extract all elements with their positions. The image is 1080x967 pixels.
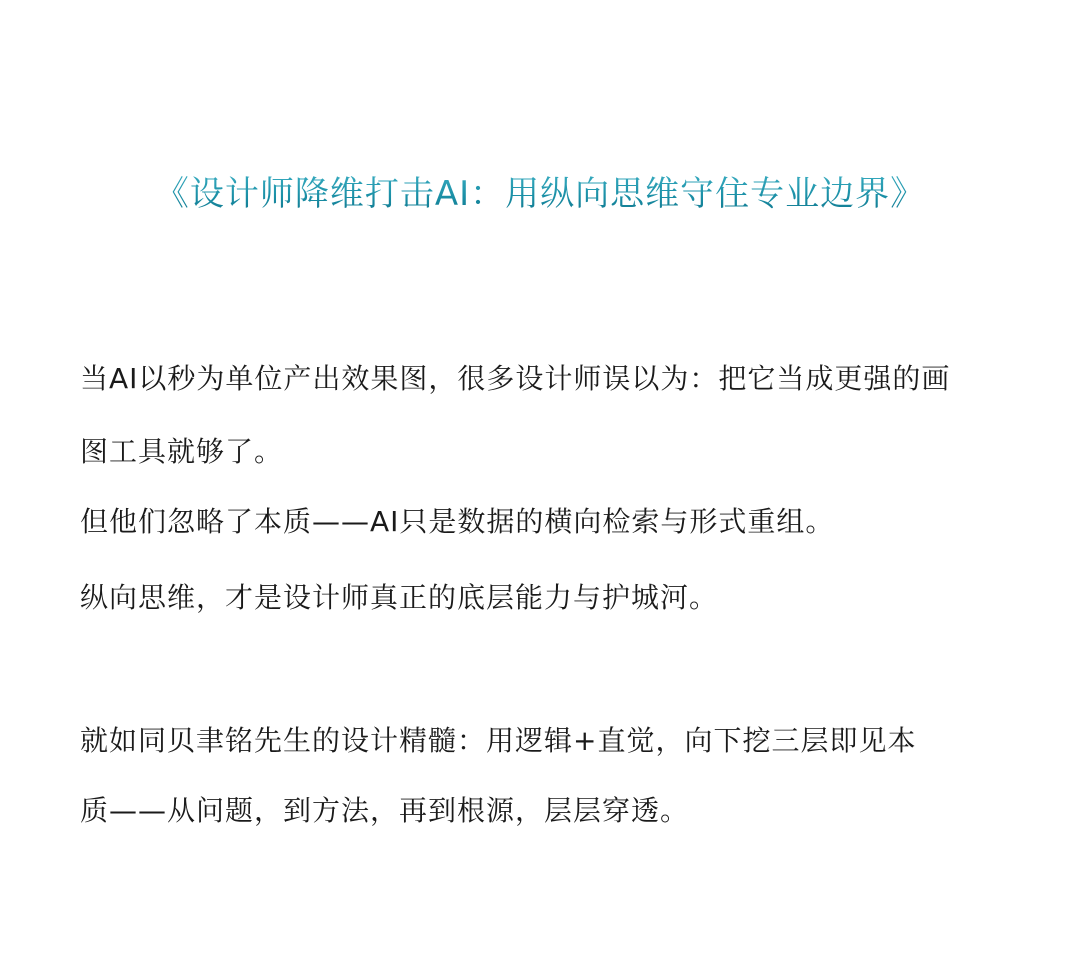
paragraph-3: 纵向思维，才是设计师真正的底层能力与护城河。 <box>80 578 718 618</box>
paragraph-4-line-1: 就如同贝聿铭先生的设计精髓：用逻辑+直觉，向下挖三层即见本 <box>80 721 916 761</box>
paragraph-1-line-1: 当AI以秒为单位产出效果图，很多设计师误以为：把它当成更强的画 <box>80 359 950 399</box>
paragraph-2: 但他们忽略了本质——AI只是数据的横向检索与形式重组。 <box>80 502 834 542</box>
paragraph-4-line-2: 质——从问题，到方法，再到根源，层层穿透。 <box>80 791 689 831</box>
article-title: 《设计师降维打击AI：用纵向思维守住专业边界》 <box>0 168 1080 220</box>
paragraph-1-line-2: 图工具就够了。 <box>80 432 283 472</box>
